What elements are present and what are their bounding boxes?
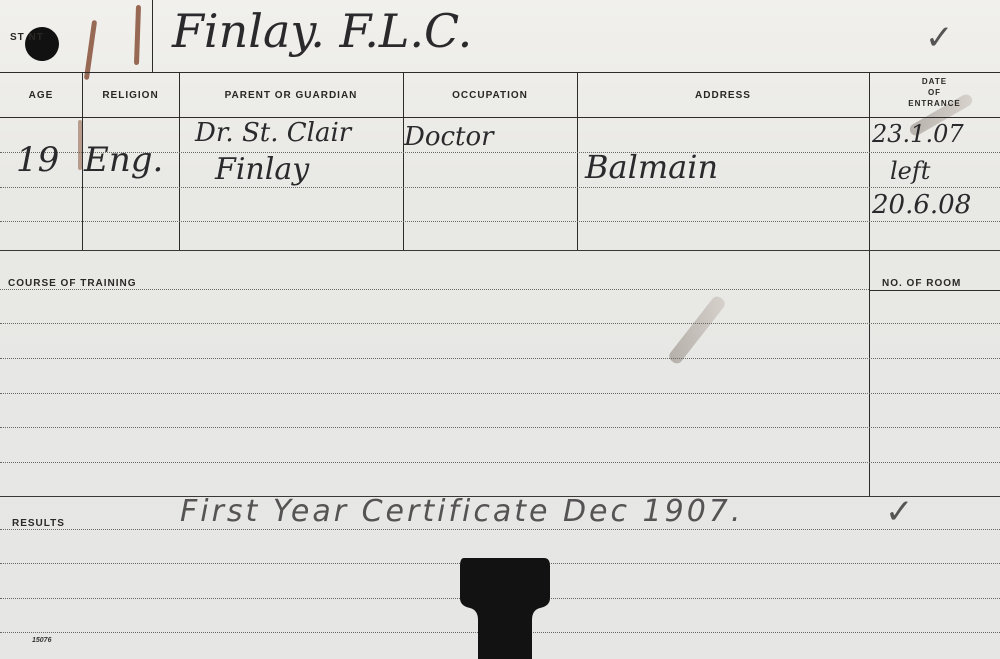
divider: [403, 72, 404, 250]
column-header-religion: RELIGION: [82, 90, 179, 101]
column-header-occupation: OCCUPATION: [403, 90, 577, 101]
divider: [179, 72, 180, 250]
dotted-rule: [0, 323, 1000, 324]
religion-value: Eng.: [84, 140, 163, 180]
student-record-card: ST NT Finlay. F.L.C. ✓ AGE RELIGION PARE…: [0, 0, 1000, 659]
column-header-age: AGE: [0, 90, 82, 101]
divider: [152, 0, 153, 72]
dotted-rule: [0, 529, 1000, 530]
left-label: left: [890, 157, 930, 185]
student-name: Finlay. F.L.C.: [172, 4, 472, 58]
check-mark-icon: ✓: [925, 18, 954, 58]
date-header-line: DATE: [869, 76, 1000, 87]
column-header-address: ADDRESS: [577, 90, 869, 101]
room-number-label: NO. OF ROOM: [882, 278, 961, 289]
punch-hole: [22, 24, 61, 63]
course-of-training-label: COURSE OF TRAINING: [8, 278, 137, 289]
pencil-smudge: [667, 294, 727, 366]
left-date-value: 20.6.08: [872, 190, 971, 220]
divider: [869, 72, 870, 497]
index-tab-notch: [460, 558, 550, 659]
dotted-rule: [0, 289, 869, 290]
date-header-line: ENTRANCE: [869, 98, 1000, 109]
entrance-date-value: 23.1.07: [872, 120, 964, 148]
student-label: ST NT: [10, 32, 44, 43]
dotted-rule: [0, 187, 1000, 188]
column-header-parent: PARENT OR GUARDIAN: [179, 90, 403, 101]
results-label: RESULTS: [12, 518, 65, 529]
rust-stain: [134, 5, 141, 65]
age-value: 19: [16, 140, 59, 180]
divider: [0, 117, 1000, 118]
dotted-rule: [0, 393, 1000, 394]
check-mark-icon: ✓: [885, 492, 914, 532]
dotted-rule: [0, 358, 1000, 359]
dotted-rule: [0, 221, 1000, 222]
column-header-date: DATE OF ENTRANCE: [869, 76, 1000, 109]
parent-value-line1: Dr. St. Clair: [195, 118, 351, 148]
date-header-line: OF: [869, 87, 1000, 98]
card-serial-number: 15076: [32, 637, 51, 644]
results-value: First Year Certificate Dec 1907.: [180, 494, 743, 529]
parent-value-line2: Finlay: [215, 152, 309, 187]
dotted-rule: [0, 427, 1000, 428]
divider: [0, 250, 1000, 251]
divider: [577, 72, 578, 250]
dotted-rule: [0, 462, 1000, 463]
divider: [82, 72, 83, 250]
occupation-value: Doctor: [404, 122, 494, 152]
address-value: Balmain: [585, 148, 718, 186]
divider: [0, 72, 1000, 73]
divider: [869, 290, 1000, 291]
